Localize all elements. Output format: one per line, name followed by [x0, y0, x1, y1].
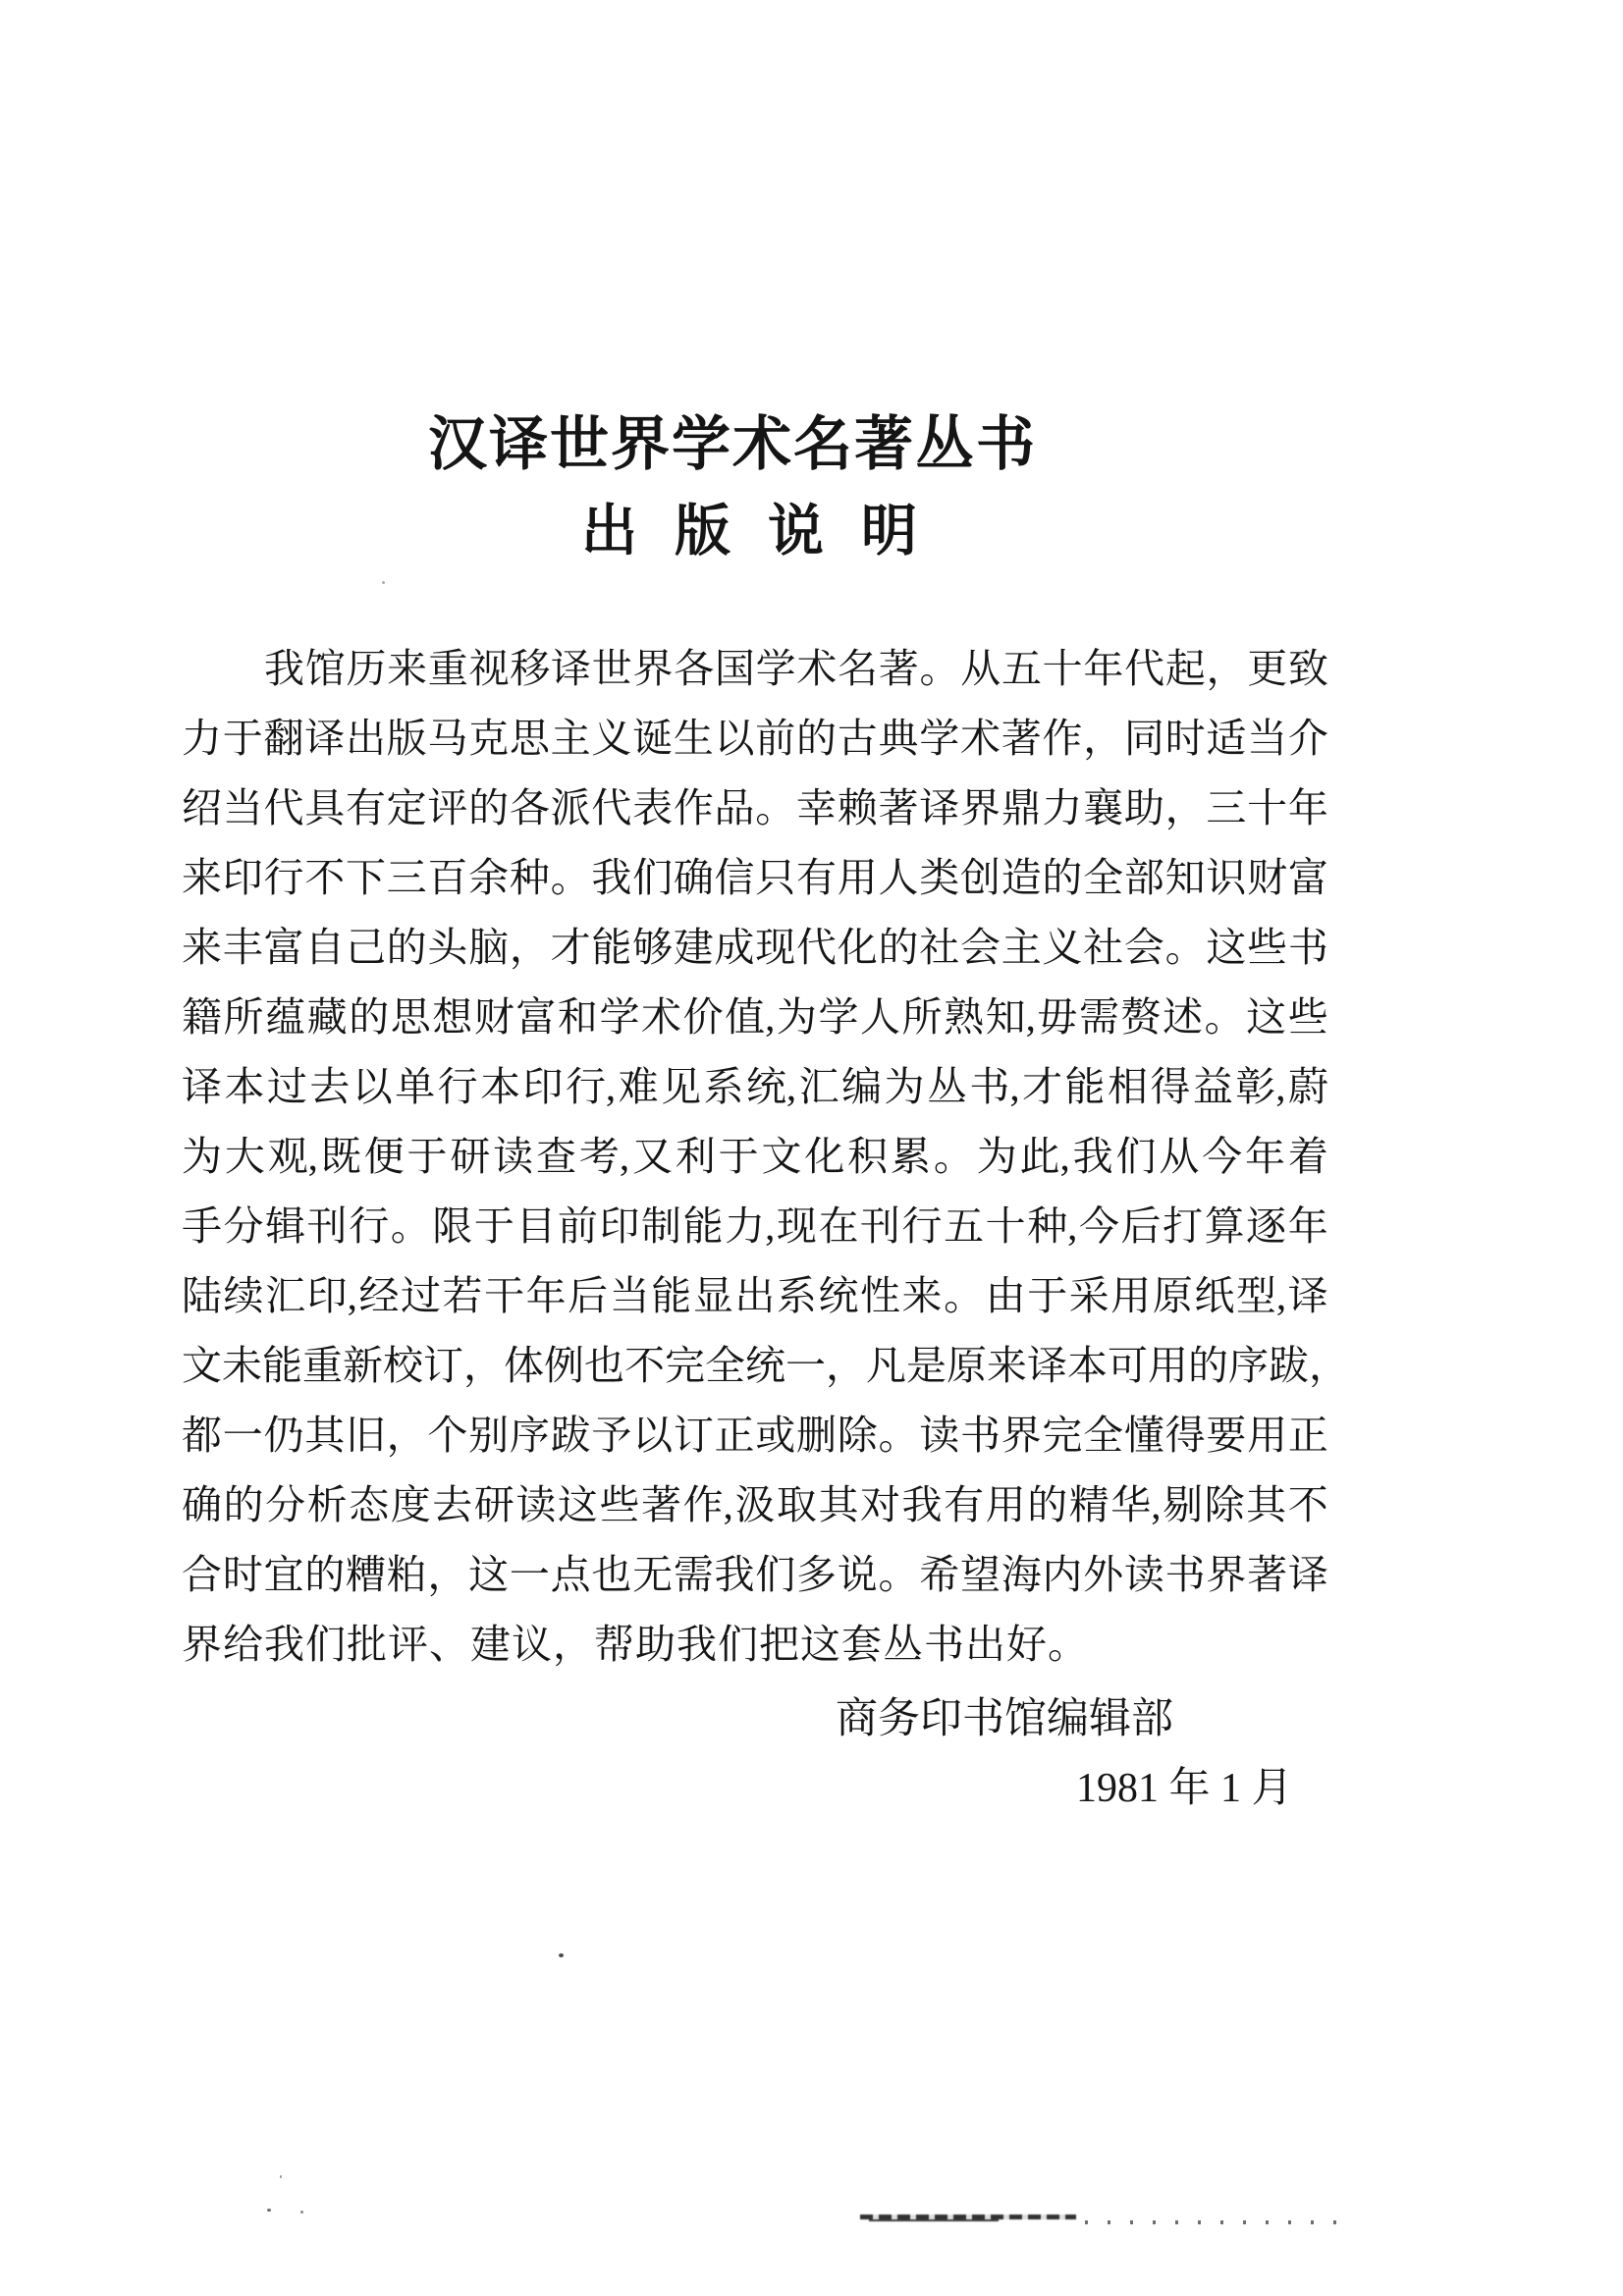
signature-date: 1981 年 1 月	[1076, 1766, 1293, 1811]
body-line: 确的分析态度去研读这些著作,汲取其对我有用的精华,剔除其不	[182, 1470, 1328, 1540]
body-line: 力于翻译出版马克思主义诞生以前的古典学术著作，同时适当介	[182, 704, 1328, 774]
series-title: 汉译世界学术名著丛书	[428, 412, 1037, 477]
scan-speck	[300, 2211, 303, 2214]
scan-speck	[559, 1953, 564, 1957]
body-line: 译本过去以单行本印行,难见系统,汇编为丛书,才能相得益彰,蔚	[182, 1052, 1328, 1122]
body-line: 来印行不下三百余种。我们确信只有用人类创造的全部知识财富	[182, 843, 1328, 913]
body-line: 为大观,既便于研读查考,又利于文化积累。为此,我们从今年着	[182, 1122, 1328, 1192]
scan-smudge-line	[860, 2214, 1076, 2221]
body-line: 我馆历来重视移译世界各国学术名著。从五十年代起，更致	[182, 634, 1328, 704]
body-line: 界给我们批评、建议，帮助我们把这套丛书出好。	[182, 1610, 1328, 1680]
body-line: 手分辑刊行。限于目前印制能力,现在刊行五十种,今后打算逐年	[182, 1192, 1328, 1261]
body-line: 都一仍其旧，个别序跋予以订正或删除。读书界完全懂得要用正	[182, 1401, 1328, 1470]
body-line: 陆续汇印,经过若干年后当能显出系统性来。由于采用原纸型,译	[182, 1261, 1328, 1331]
body-line: 籍所蕴藏的思想财富和学术价值,为学人所熟知,毋需赘述。这些	[182, 983, 1328, 1052]
body-line: 合时宜的糟粕，这一点也无需我们多说。希望海内外读书界著译	[182, 1540, 1328, 1610]
body-line: 绍当代具有定评的各派代表作品。幸赖著译界鼎力襄助，三十年	[182, 774, 1328, 843]
body-line: 文未能重新校订，体例也不完全统一，凡是原来译本可用的序跋，	[182, 1331, 1328, 1401]
scan-smudge-line	[1085, 2218, 1348, 2225]
publication-note-title: 出版说明	[581, 501, 954, 563]
scan-speck	[280, 2175, 282, 2178]
publication-note-body: 我馆历来重视移译世界各国学术名著。从五十年代起，更致力于翻译出版马克思主义诞生以…	[182, 634, 1328, 1680]
book-page: 汉译世界学术名著丛书 出版说明 我馆历来重视移译世界各国学术名著。从五十年代起，…	[0, 0, 1623, 2296]
scan-speck	[382, 581, 385, 584]
body-line: 来丰富自己的头脑，才能够建成现代化的社会主义社会。这些书	[182, 913, 1328, 983]
scan-speck	[267, 2209, 271, 2212]
signature-publisher: 商务印书馆编辑部	[836, 1697, 1173, 1742]
